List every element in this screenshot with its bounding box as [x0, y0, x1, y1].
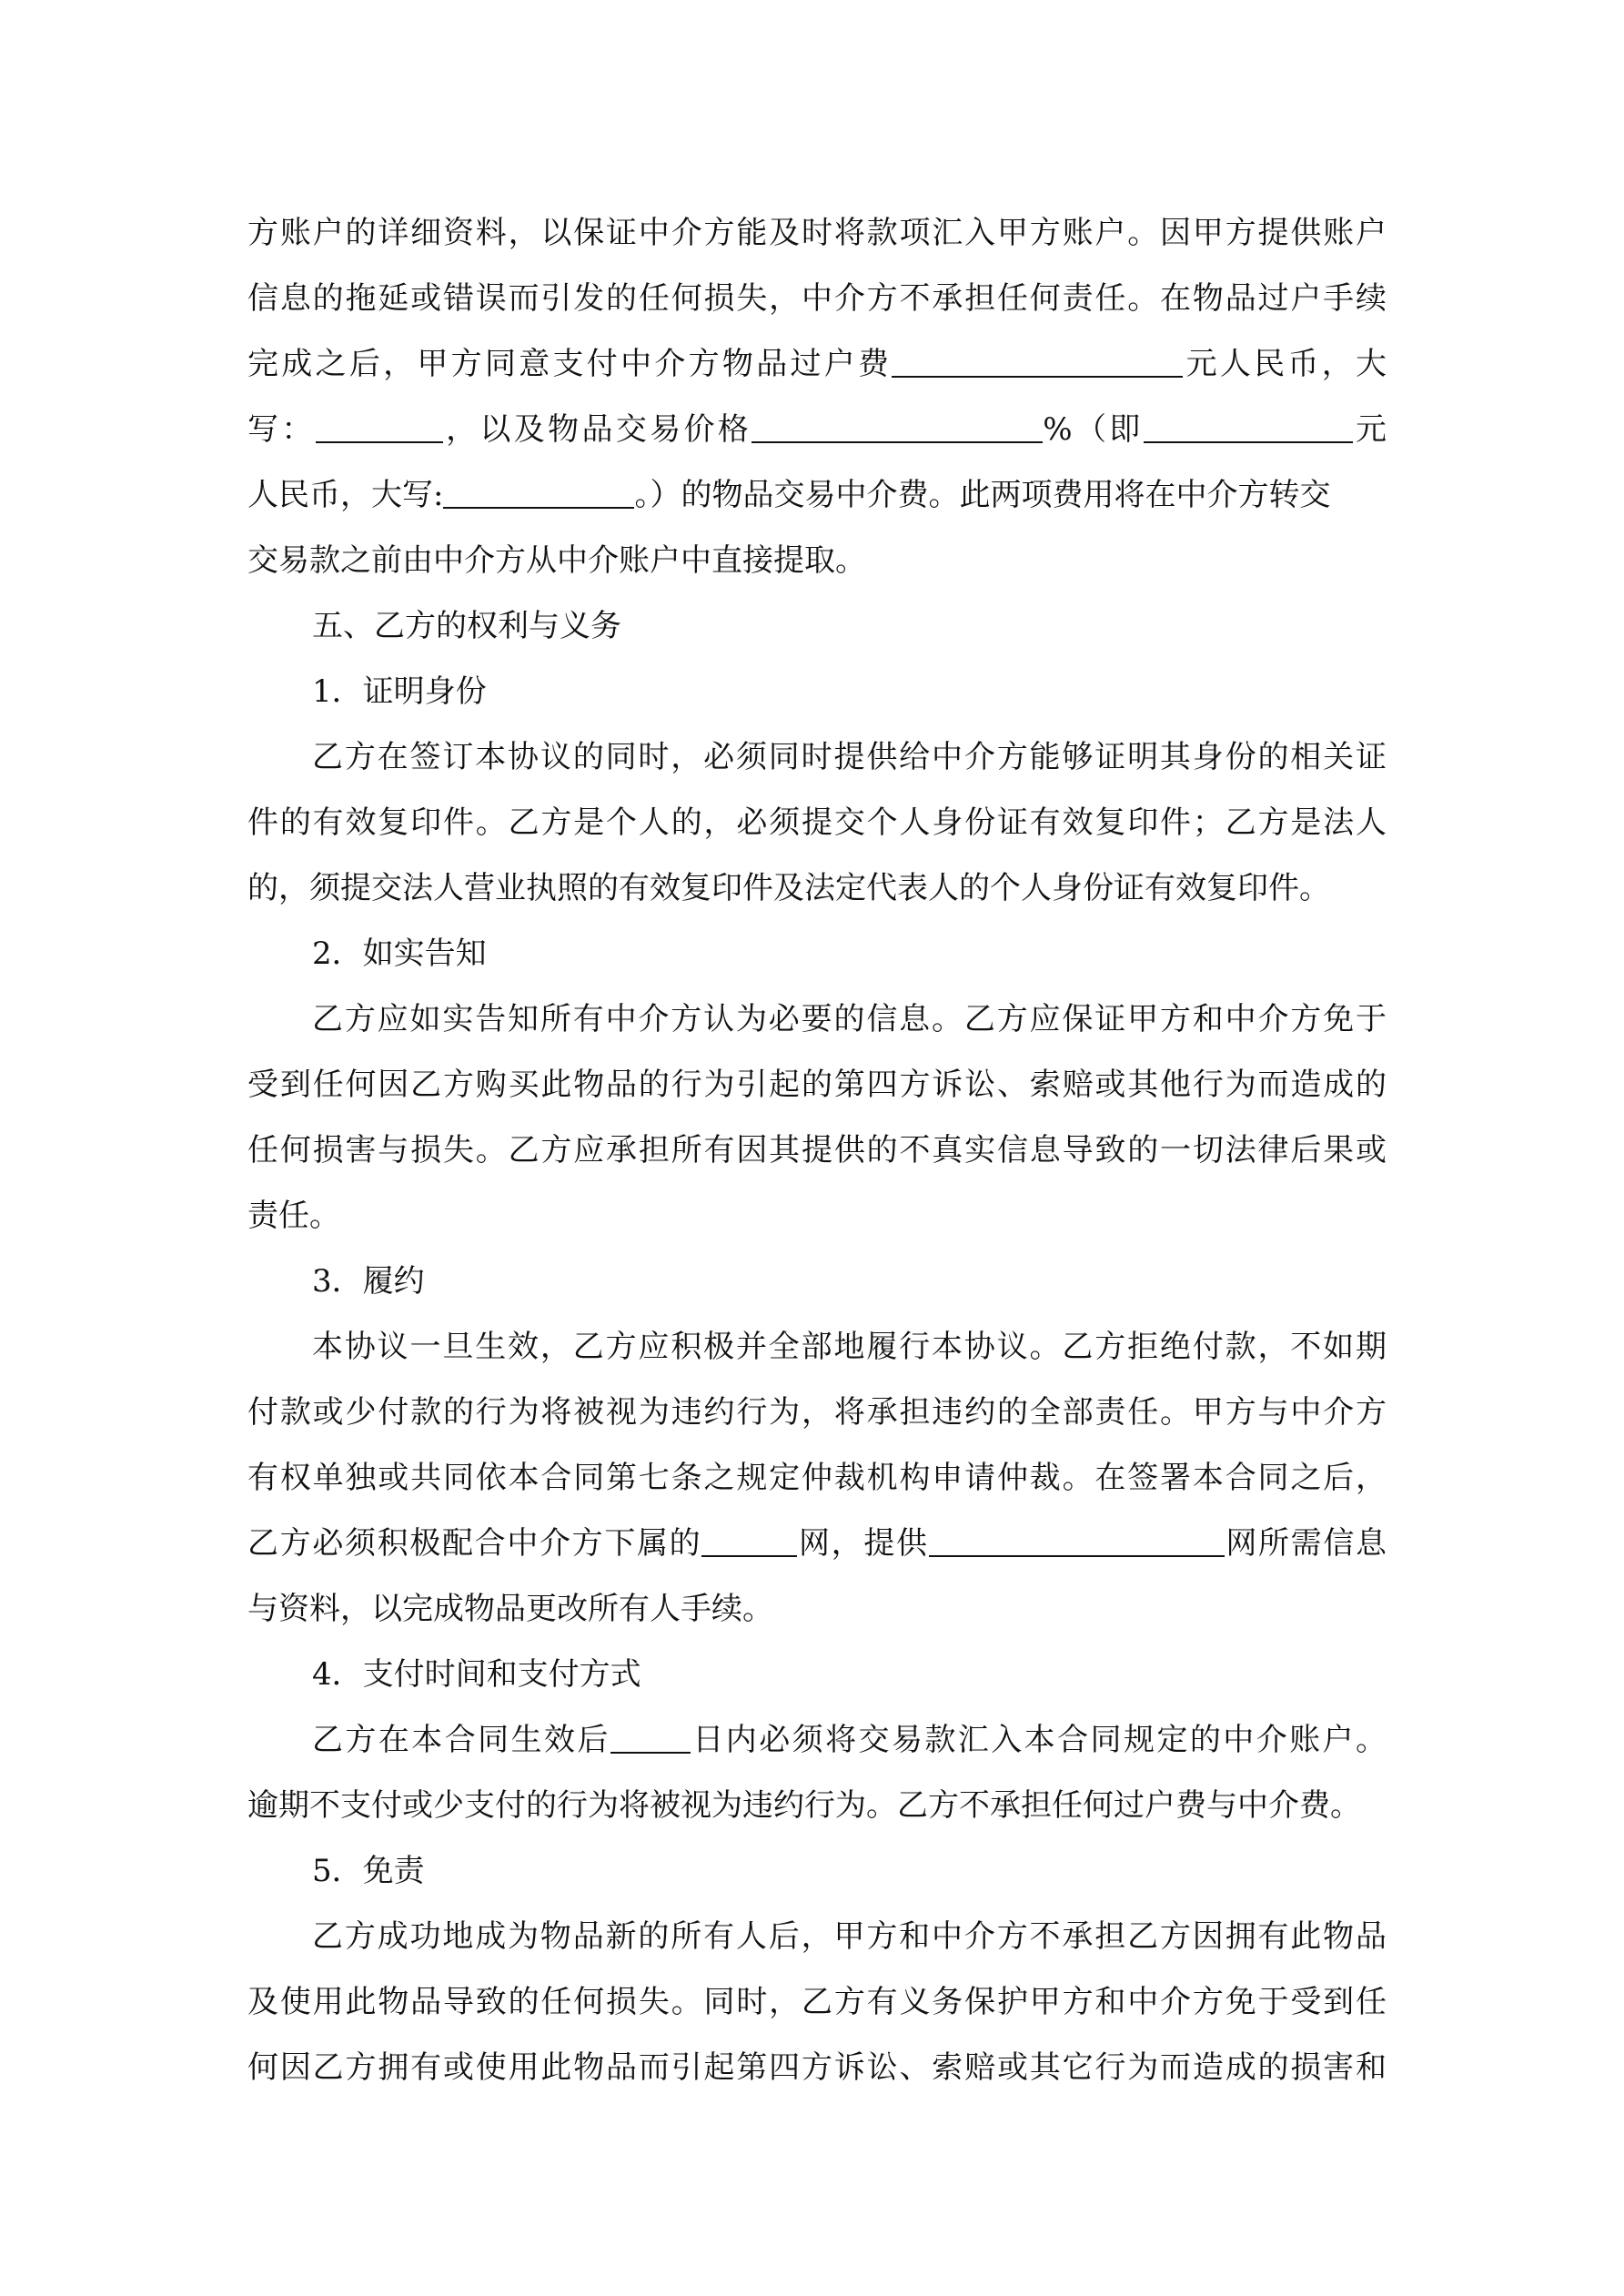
paragraph-line: 任何损害与损失。乙方应承担所有因其提供的不真实信息导致的一切法律后果或: [247, 1118, 1387, 1183]
text: 日内必须将交易款汇入本合同规定的中介账户。: [691, 1722, 1387, 1758]
text: 元人民币，大: [1183, 346, 1387, 382]
paragraph-line-with-blank: 人民币，大写:。）的物品交易中介费。此两项费用将在中介方转交: [247, 462, 1387, 528]
text: 网所需信息: [1225, 1525, 1387, 1562]
paragraph-line: 逾期不支付或少支付的行为将被视为违约行为。乙方不承担任何过户费与中介费。: [247, 1773, 1387, 1838]
payment-days-blank[interactable]: [610, 1725, 691, 1754]
text: ，以及物品交易价格: [443, 411, 752, 448]
text: 。）的物品交易中介费。此两项费用将在中介方转交: [634, 477, 1330, 513]
website-info-blank[interactable]: [929, 1528, 1225, 1557]
section-heading: 五、乙方的权利与义务: [247, 593, 1387, 659]
paragraph-line: 责任。: [247, 1183, 1387, 1249]
paragraph-line: 何因乙方拥有或使用此物品而引起第四方诉讼、索赔或其它行为而造成的损害和: [247, 2035, 1387, 2100]
item-title: 4．支付时间和支付方式: [247, 1642, 1387, 1707]
transfer-fee-uppercase-blank[interactable]: [316, 414, 443, 443]
paragraph-line: 受到任何因乙方购买此物品的行为引起的第四方诉讼、索赔或其他行为而造成的: [247, 1052, 1387, 1118]
paragraph-line: 乙方应如实告知所有中介方认为必要的信息。乙方应保证甲方和中介方免于: [247, 986, 1387, 1052]
paragraph-line-with-blank: 写：，以及物品交易价格%（即元: [247, 397, 1387, 462]
text: 人民币，大写:: [247, 477, 443, 513]
paragraph-line: 本协议一旦生效，乙方应积极并全部地履行本协议。乙方拒绝付款，不如期: [247, 1314, 1387, 1380]
text: 乙方在本合同生效后: [312, 1722, 610, 1758]
percentage-blank[interactable]: [751, 414, 1043, 443]
commission-uppercase-blank[interactable]: [443, 480, 634, 509]
paragraph-line: 乙方在签订本协议的同时，必须同时提供给中介方能够证明其身份的相关证: [247, 724, 1387, 790]
website-name-blank[interactable]: [701, 1528, 797, 1557]
paragraph-line: 的，须提交法人营业执照的有效复印件及法定代表人的个人身份证有效复印件。: [247, 855, 1387, 921]
text: %（即: [1043, 411, 1143, 448]
text: 完成之后，甲方同意支付中介方物品过户费: [247, 346, 892, 382]
paragraph-line-with-blank: 完成之后，甲方同意支付中介方物品过户费元人民币，大: [247, 331, 1387, 397]
item-title: 3．履约: [247, 1249, 1387, 1314]
paragraph-line: 件的有效复印件。乙方是个人的，必须提交个人身份证有效复印件；乙方是法人: [247, 790, 1387, 855]
text: 元: [1353, 411, 1387, 448]
paragraph-line: 及使用此物品导致的任何损失。同时，乙方有义务保护甲方和中介方免于受到任: [247, 1969, 1387, 2035]
text: 写：: [247, 411, 316, 448]
paragraph-line: 交易款之前由中介方从中介账户中直接提取。: [247, 528, 1387, 593]
item-title: 1．证明身份: [247, 659, 1387, 724]
paragraph-line-with-blank: 乙方必须积极配合中介方下属的网，提供网所需信息: [247, 1511, 1387, 1576]
paragraph-line: 方账户的详细资料，以保证中介方能及时将款项汇入甲方账户。因甲方提供账户: [247, 200, 1387, 266]
paragraph-line: 有权单独或共同依本合同第七条之规定仲裁机构申请仲裁。在签署本合同之后，: [247, 1445, 1387, 1511]
transfer-fee-blank[interactable]: [892, 349, 1183, 378]
paragraph-line: 乙方成功地成为物品新的所有人后，甲方和中介方不承担乙方因拥有此物品: [247, 1904, 1387, 1969]
paragraph-line-with-blank: 乙方在本合同生效后日内必须将交易款汇入本合同规定的中介账户。: [247, 1707, 1387, 1773]
text: 乙方必须积极配合中介方下属的: [247, 1525, 701, 1562]
item-title: 5．免责: [247, 1838, 1387, 1904]
document-page: 方账户的详细资料，以保证中介方能及时将款项汇入甲方账户。因甲方提供账户 信息的拖…: [247, 200, 1387, 2100]
paragraph-line: 信息的拖延或错误而引发的任何损失，中介方不承担任何责任。在物品过户手续: [247, 266, 1387, 331]
text: 网，提供: [797, 1525, 928, 1562]
item-title: 2．如实告知: [247, 921, 1387, 986]
paragraph-line: 与资料，以完成物品更改所有人手续。: [247, 1576, 1387, 1642]
commission-amount-blank[interactable]: [1144, 414, 1353, 443]
paragraph-line: 付款或少付款的行为将被视为违约行为，将承担违约的全部责任。甲方与中介方: [247, 1380, 1387, 1445]
